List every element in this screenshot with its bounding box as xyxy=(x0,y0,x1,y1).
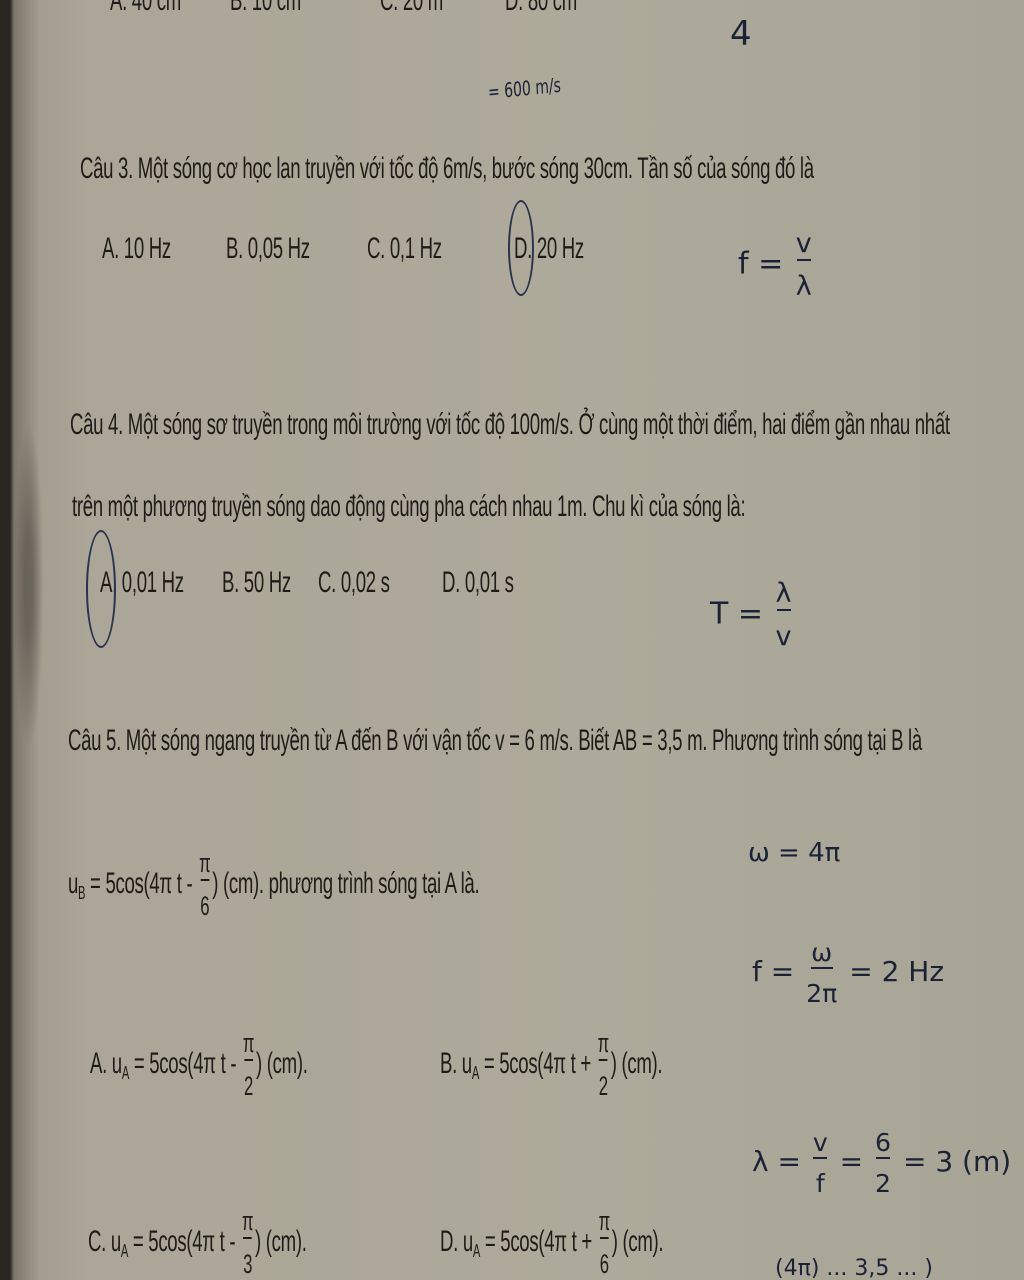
option-sub: A xyxy=(473,1241,480,1261)
exam-page-photo: A. 40 cm B. 10 cm C. 20 m D. 80 cm 4 = 6… xyxy=(0,0,1024,1280)
q4-option-b[interactable]: B. 50 Hz xyxy=(222,566,291,600)
option-pre: = 5cos(4π t + xyxy=(479,1047,596,1080)
given-expr-pre: = 5cos(4π t - xyxy=(85,867,197,900)
given-num: π xyxy=(199,850,210,879)
q4-formula-num: λ xyxy=(776,580,792,609)
option-num: π xyxy=(599,1208,610,1237)
option-num: π xyxy=(598,1030,609,1059)
option-post: ) (cm). xyxy=(255,1225,307,1258)
option-fraction: π2 xyxy=(243,1030,254,1100)
q3-formula-fraction: v λ xyxy=(796,230,812,300)
q5-option-b[interactable]: B. uA = 5cos(4π t + π2) (cm). xyxy=(440,1030,662,1100)
freq-num: ω xyxy=(811,940,832,967)
handwritten-mark-4: 4 xyxy=(730,14,752,54)
q5-given-equation: uB = 5cos(4π t - π6) (cm). phương trình … xyxy=(68,850,479,920)
q5-handwritten-omega: ω = 4π xyxy=(748,838,840,868)
option-num: π xyxy=(242,1208,253,1237)
option-pre: = 5cos(4π t + xyxy=(480,1225,597,1258)
freq-den: 2π xyxy=(806,969,837,1006)
question-4-text-line1: Câu 4. Một sóng sơ truyền trong môi trườ… xyxy=(70,408,950,442)
option-num: π xyxy=(243,1030,254,1059)
cut-option-b: B. 10 cm xyxy=(230,0,301,18)
q3-formula-num: v xyxy=(796,230,812,259)
option-den: 2 xyxy=(599,1061,608,1100)
q3-option-a[interactable]: A. 10 Hz xyxy=(102,232,171,266)
option-fraction: π2 xyxy=(598,1030,609,1100)
given-expr-post: ) (cm). phương trình sóng tại A là. xyxy=(212,867,479,900)
paper-stain xyxy=(14,420,44,750)
option-sub: A xyxy=(121,1241,128,1261)
lambda-rhs: = 3 (m) xyxy=(903,1145,1011,1178)
q4-handwritten-formula: T = λ v xyxy=(710,580,795,650)
q5-option-a[interactable]: A. uA = 5cos(4π t - π2) (cm). xyxy=(90,1030,308,1100)
option-post: ) (cm). xyxy=(256,1047,308,1080)
handwritten-speed-note: = 600 m/s xyxy=(487,73,561,104)
option-post: ) (cm). xyxy=(612,1225,664,1258)
option-post: ) (cm). xyxy=(611,1047,663,1080)
question-3-text: Câu 3. Một sóng cơ học lan truyền với tố… xyxy=(80,152,814,186)
option-sub: A xyxy=(472,1063,479,1083)
given-fraction: π6 xyxy=(199,850,210,920)
option-den: 3 xyxy=(243,1239,252,1278)
lambda-lhs: λ = xyxy=(752,1145,801,1178)
q5-option-d[interactable]: D. uA = 5cos(4π t + π6) (cm). xyxy=(440,1208,663,1278)
q4-option-d[interactable]: D. 0,01 s xyxy=(442,566,514,600)
lambda-eq: = xyxy=(840,1145,863,1178)
lambda-fraction-2: 6 2 xyxy=(875,1130,891,1196)
freq-lhs: f = xyxy=(752,955,794,988)
q5-handwritten-frequency: f = ω 2π = 2 Hz xyxy=(752,940,944,1006)
q5-option-c[interactable]: C. uA = 5cos(4π t - π3) (cm). xyxy=(88,1208,307,1278)
freq-fraction: ω 2π xyxy=(806,940,837,1006)
q5-handwritten-bottom-partial: (4π) ... 3,5 ... ) xyxy=(775,1256,933,1280)
q3-option-b[interactable]: B. 0,05 Hz xyxy=(226,232,310,266)
option-sub: A xyxy=(122,1063,129,1083)
q3-formula-lhs: f = xyxy=(738,247,783,282)
option-label: B. u xyxy=(440,1047,472,1080)
lambda-den1: f xyxy=(816,1159,825,1196)
lambda-fraction-1: v f xyxy=(813,1130,828,1196)
q4-formula-fraction: λ v xyxy=(776,580,792,650)
q3-formula-den: λ xyxy=(796,261,812,300)
lambda-num2: 6 xyxy=(875,1130,891,1157)
option-label: D. u xyxy=(440,1225,473,1258)
option-fraction: π3 xyxy=(242,1208,253,1278)
option-fraction: π6 xyxy=(599,1208,610,1278)
option-den: 6 xyxy=(600,1239,609,1278)
lambda-num1: v xyxy=(813,1130,828,1157)
given-den: 6 xyxy=(200,881,209,920)
q5-handwritten-wavelength: λ = v f = 6 2 = 3 (m) xyxy=(752,1130,1011,1196)
q4-option-c[interactable]: C. 0,02 s xyxy=(318,566,390,600)
option-pre: = 5cos(4π t - xyxy=(128,1225,240,1258)
question-5-text-line1: Câu 5. Một sóng ngang truyền từ A đến B … xyxy=(68,724,922,758)
q4-answer-circle xyxy=(86,530,116,648)
option-den: 2 xyxy=(244,1061,253,1100)
cut-option-a: A. 40 cm xyxy=(110,0,181,18)
given-sub: B xyxy=(78,883,85,903)
q3-option-c[interactable]: C. 0,1 Hz xyxy=(367,232,442,266)
given-var: u xyxy=(68,867,78,900)
option-label: C. u xyxy=(88,1225,121,1258)
question-4-text-line2: trên một phương truyền sóng dao động cùn… xyxy=(72,490,745,524)
freq-rhs: = 2 Hz xyxy=(849,955,944,988)
q4-formula-lhs: T = xyxy=(710,597,763,632)
lambda-den2: 2 xyxy=(875,1159,891,1196)
cut-option-c: C. 20 m xyxy=(380,0,443,18)
option-label: A. u xyxy=(90,1047,122,1080)
option-pre: = 5cos(4π t - xyxy=(129,1047,241,1080)
cut-option-d: D. 80 cm xyxy=(505,0,577,18)
q3-handwritten-formula: f = v λ xyxy=(738,230,815,300)
q3-answer-circle xyxy=(508,200,534,296)
q4-formula-den: v xyxy=(776,611,792,650)
